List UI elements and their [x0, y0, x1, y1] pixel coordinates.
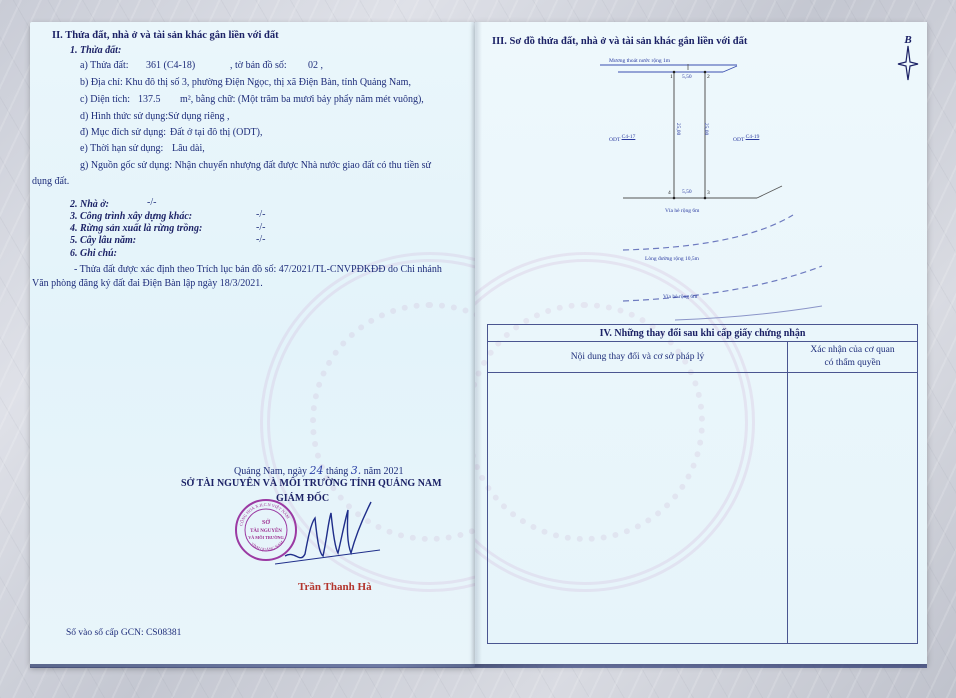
left-length: 25,00	[675, 123, 681, 135]
planted-forest-value: -/-	[256, 222, 265, 233]
book-spine	[470, 22, 482, 667]
use-purpose-label: đ) Mục đích sử dụng:	[80, 127, 166, 138]
issue-day: 24	[310, 464, 324, 477]
drain-label: Mương thoát nước rộng 1m	[609, 58, 670, 64]
svg-text:SỞ: SỞ	[262, 518, 270, 526]
use-purpose-value: Đất ở tại đô thị (ODT),	[170, 127, 263, 138]
left-neighbor: ODT C4-17	[609, 134, 635, 143]
director-signature	[275, 498, 385, 578]
parcel-label: a) Thửa đất:	[80, 60, 129, 71]
use-form-value: Sử dụng riêng ,	[168, 111, 230, 122]
point-4: 4	[668, 190, 671, 196]
note-line-1: - Thửa đất được xác định theo Trích lục …	[74, 264, 442, 275]
parcel-diagram	[475, 22, 927, 322]
sidewalk-top-label: Vỉa hè rộng 6m	[665, 208, 699, 214]
top-width: 5,50	[682, 74, 692, 80]
road-label: Lòng đường rộng 10,5m	[645, 256, 699, 262]
certificate-right-page: III. Sơ đồ thửa đất, nhà ở và tài sản kh…	[475, 22, 927, 664]
bottom-width: 5,50	[682, 189, 692, 195]
origin-line-2: dụng đất.	[32, 176, 69, 187]
use-term-value: Lâu dài,	[172, 143, 205, 154]
issue-month: 3.	[351, 464, 362, 477]
map-sheet-number: 02 ,	[308, 60, 323, 71]
month-label: tháng	[326, 466, 348, 477]
registry-number: Số vào sổ cấp GCN: CS08381	[66, 628, 181, 638]
parcel-number: 361 (C4-18)	[146, 60, 195, 71]
map-sheet-label: , tờ bản đồ số:	[230, 60, 287, 71]
column-authority-confirmation: Xác nhận của cơ quan có thẩm quyền	[788, 342, 918, 373]
house-label: 2. Nhà ở:	[70, 199, 109, 210]
house-value: -/-	[147, 197, 156, 208]
authority-confirmation-cell	[788, 373, 918, 644]
other-construction-label: 3. Công trình xây dựng khác:	[70, 211, 192, 222]
cover-edge	[30, 664, 927, 668]
notes-label: 6. Ghi chú:	[70, 248, 117, 259]
issue-place-date: Quảng Nam, ngày 24 tháng 3. năm 2021	[234, 464, 403, 477]
area-in-words: m², bằng chữ: (Một trăm ba mươi bảy phẩy…	[180, 94, 424, 105]
issue-year: năm 2021	[364, 466, 404, 477]
origin-line-1: g) Nguồn gốc sử dụng: Nhận chuyển nhượng…	[80, 160, 431, 171]
use-term-label: e) Thời hạn sử dụng:	[80, 143, 163, 154]
point-2: 2	[707, 74, 710, 80]
sidewalk-bottom-label: Vỉa hè rộng 6m	[663, 294, 697, 300]
planted-forest-label: 4. Rừng sản xuất là rừng trồng:	[70, 223, 202, 234]
section-ii-title: II. Thửa đất, nhà ở và tài sản khác gắn …	[52, 30, 279, 41]
area-label: c) Diện tích:	[80, 94, 130, 105]
other-construction-value: -/-	[256, 209, 265, 220]
use-form-label: d) Hình thức sử dụng:	[80, 111, 168, 122]
area-value: 137.5	[138, 94, 161, 105]
date-prefix: Quảng Nam, ngày	[234, 466, 307, 477]
address-line: b) Địa chỉ: Khu đô thị số 3, phường Điện…	[80, 77, 411, 88]
right-neighbor: ODT C4-19	[733, 134, 759, 143]
changes-table: IV. Những thay đổi sau khi cấp giấy chứn…	[487, 324, 918, 644]
perennial-trees-value: -/-	[256, 234, 265, 245]
changes-table-title: IV. Những thay đổi sau khi cấp giấy chứn…	[488, 325, 918, 342]
signer-name: Trần Thanh Hà	[298, 581, 372, 593]
right-length: 25,00	[703, 123, 709, 135]
note-line-2: Văn phòng đăng ký đất đai Điện Bàn lập n…	[32, 278, 263, 289]
perennial-trees-label: 5. Cây lâu năm:	[70, 235, 136, 246]
land-parcel-heading: 1. Thửa đất:	[70, 45, 121, 56]
issuing-agency: SỞ TÀI NGUYÊN VÀ MÔI TRƯỜNG TỈNH QUẢNG N…	[181, 478, 442, 489]
change-content-cell	[488, 373, 788, 644]
point-1: 1	[670, 74, 673, 80]
certificate-left-page: II. Thửa đất, nhà ở và tài sản khác gắn …	[30, 22, 475, 667]
column-change-content: Nội dung thay đổi và cơ sở pháp lý	[488, 342, 788, 373]
point-3: 3	[707, 190, 710, 196]
